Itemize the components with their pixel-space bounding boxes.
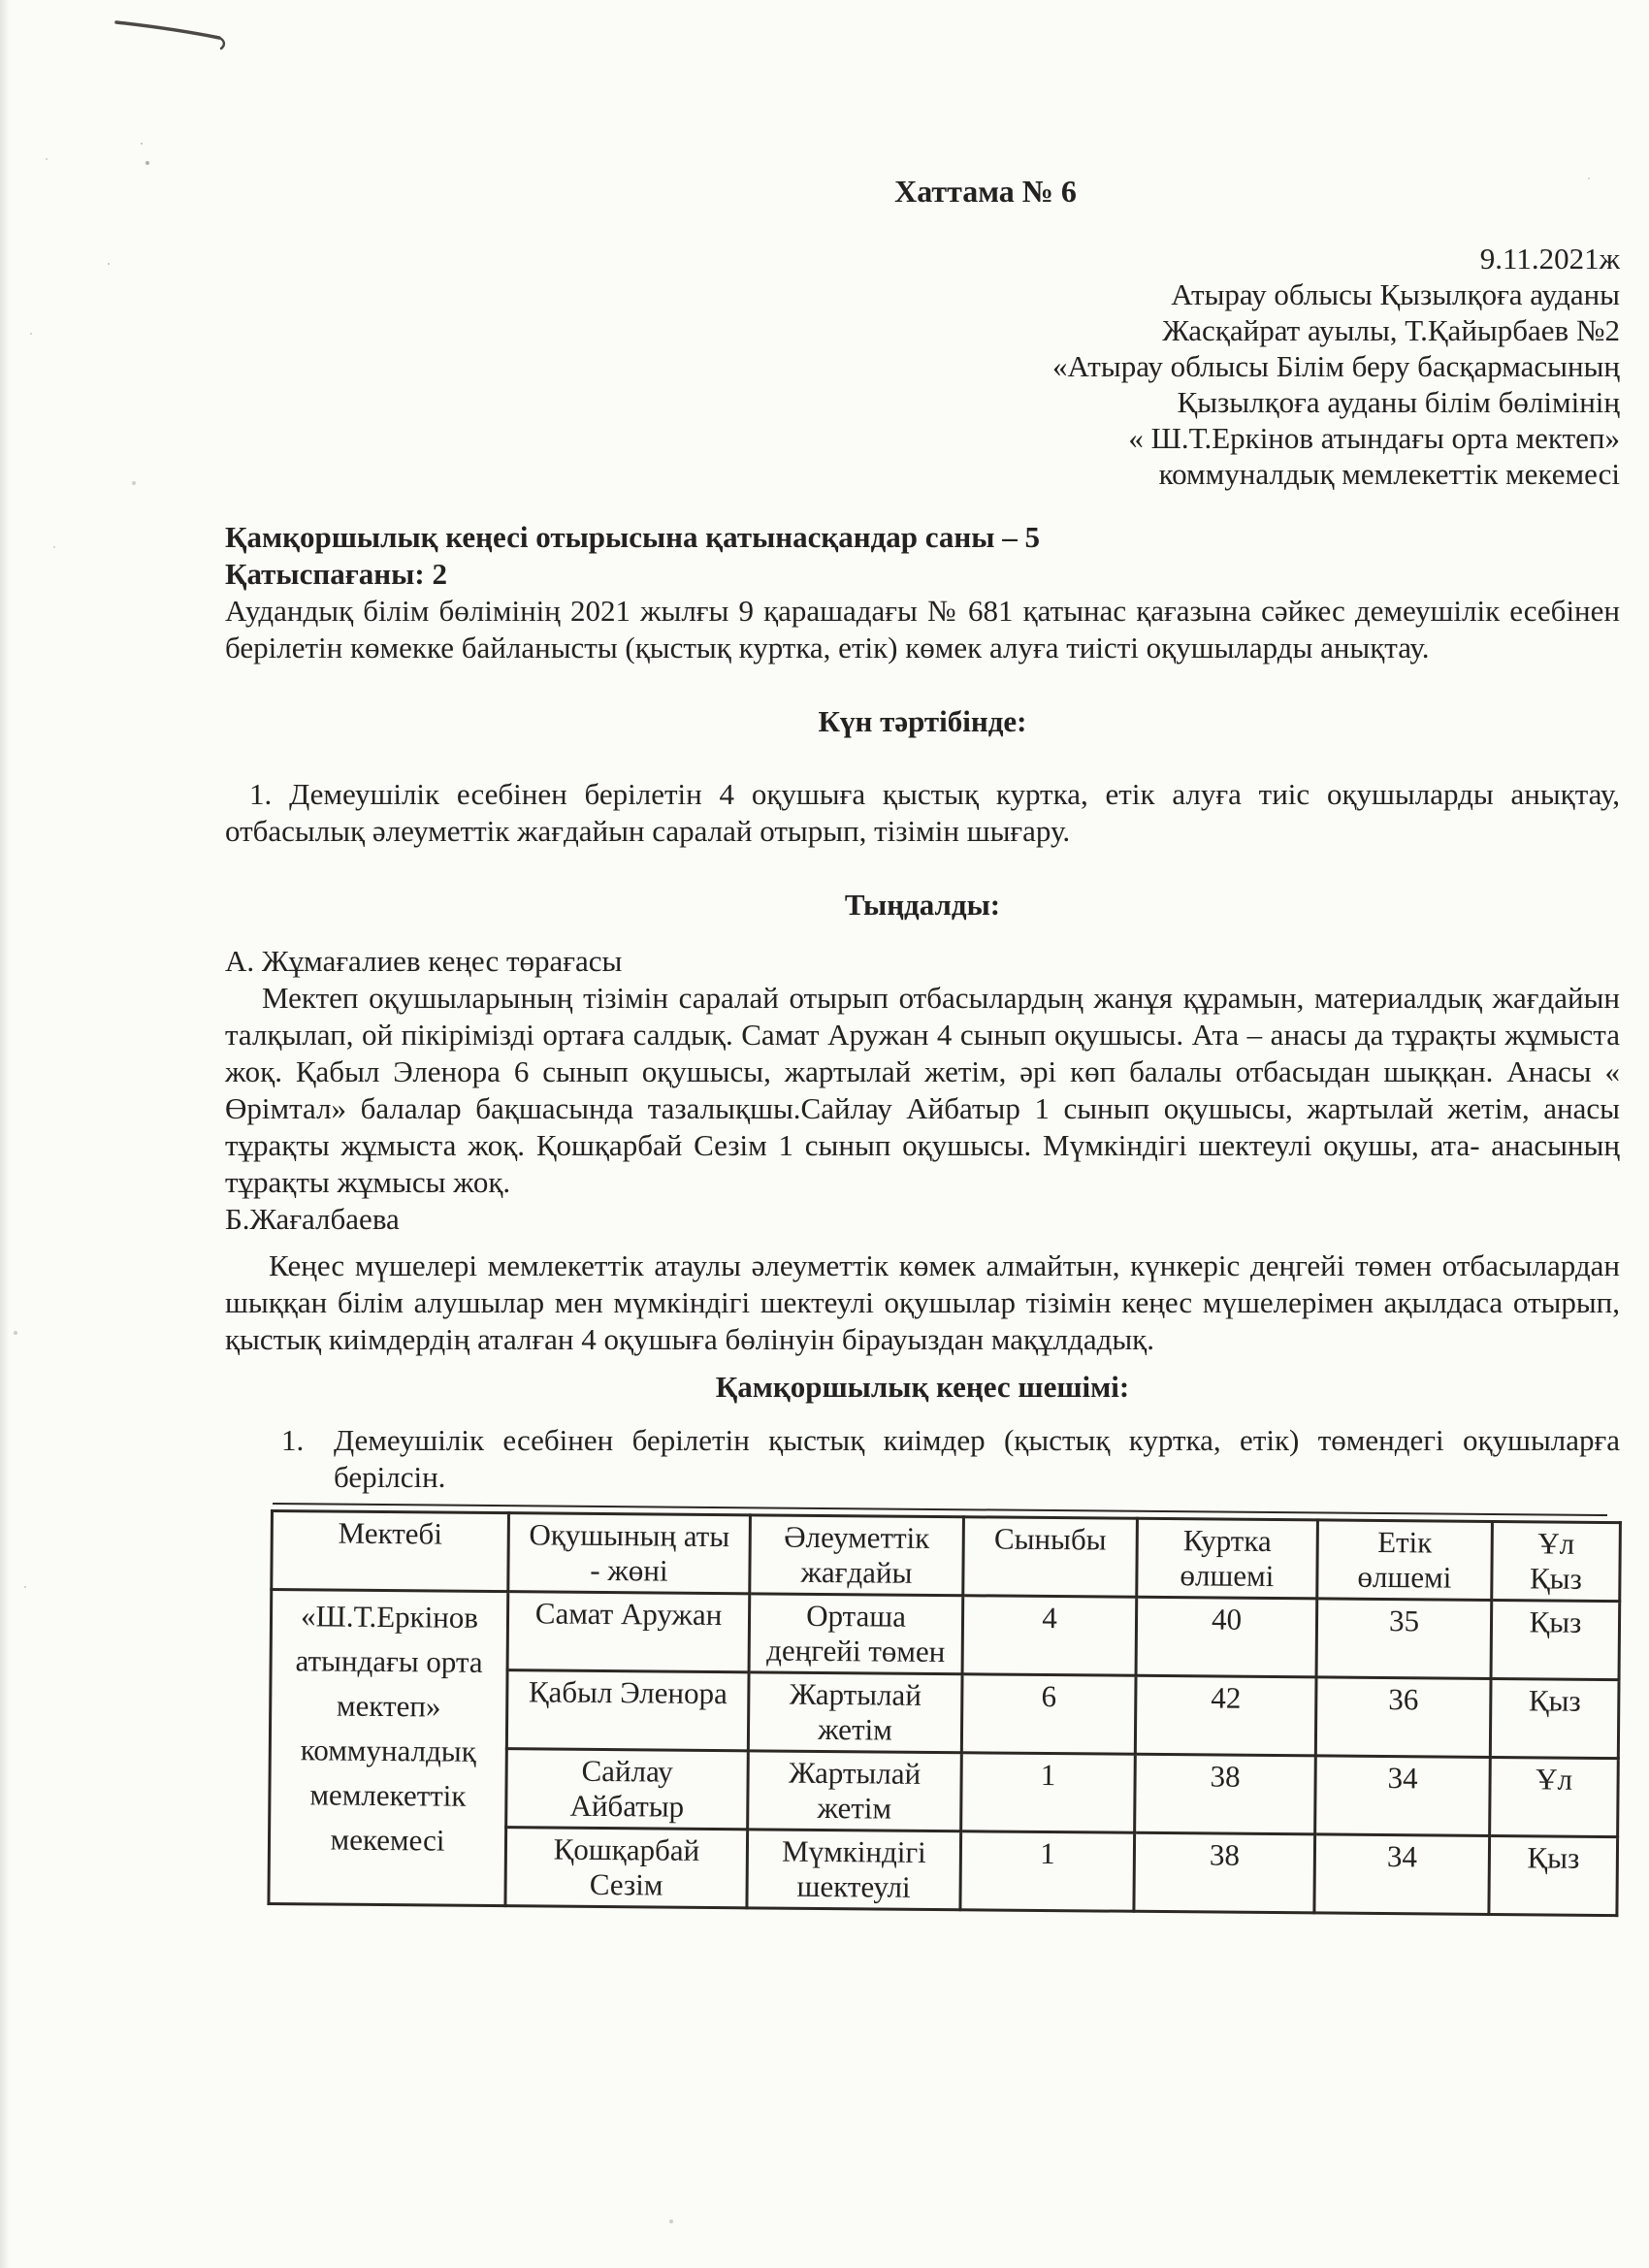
grade-cell: 1 <box>961 1753 1136 1833</box>
students-table: Мектебі Оқушының аты - жөні Әлеуметтік ж… <box>267 1509 1622 1917</box>
grade-cell: 4 <box>962 1596 1137 1676</box>
boot-size-cell: 34 <box>1314 1834 1490 1915</box>
intro-paragraph: Аудандық білім бөлімінің 2021 жылғы 9 қа… <box>225 593 1620 666</box>
header-address-block: 9.11.2021ж Атырау облысы Қызылқоға аудан… <box>225 241 1620 492</box>
student-name-cell: Қабыл Эленора <box>506 1670 749 1751</box>
gender-cell: Қыз <box>1491 1600 1620 1679</box>
jacket-size-cell: 38 <box>1135 1754 1316 1834</box>
document-body: Хаттама № 6 9.11.2021ж Атырау облысы Қыз… <box>225 173 1620 1905</box>
decision-text: Демеушілік есебінен берілетін қыстық киі… <box>334 1423 1620 1494</box>
date-line: 9.11.2021ж <box>225 241 1620 276</box>
status-cell: Мүмкіндігі шектеулі <box>747 1830 961 1910</box>
status-cell: Жартылай жетім <box>748 1672 962 1753</box>
school-cell: «Ш.Т.Еркінов атындағы орта мектеп» комму… <box>269 1590 508 1906</box>
header-boot-size: Етік өлшемі <box>1317 1520 1493 1601</box>
status-cell: Орташа деңгейі төмен <box>749 1594 963 1674</box>
region-line: Атырау облысы Қызылқоға ауданы <box>225 276 1620 312</box>
heard-heading: Тыңдалды: <box>225 887 1620 923</box>
jacket-size-cell: 40 <box>1136 1597 1317 1677</box>
attendance-block: Қамқоршылық кеңесі отырысына қатынасқанд… <box>225 519 1620 593</box>
student-name-cell: Сайлау Айбатыр <box>506 1749 749 1830</box>
header-grade: Сыныбы <box>963 1517 1138 1598</box>
speaker1-name: А. Жұмағалиев кеңес төрағасы <box>225 943 1620 980</box>
grade-cell: 6 <box>961 1674 1136 1755</box>
boot-size-cell: 34 <box>1315 1756 1491 1836</box>
student-name-cell: Самат Аружан <box>507 1592 750 1672</box>
document-title: Хаттама № 6 <box>225 173 1620 211</box>
boot-size-cell: 36 <box>1315 1677 1491 1758</box>
agenda-heading: Күн тәртібінде: <box>225 703 1620 740</box>
decision-heading: Қамқоршылық кеңес шешімі: <box>225 1369 1620 1406</box>
students-table-wrapper: Мектебі Оқушының аты - жөні Әлеуметтік ж… <box>267 1509 1619 1917</box>
gender-cell: Қыз <box>1489 1835 1618 1915</box>
header-student-name: Оқушының аты - жөні <box>508 1513 751 1594</box>
agenda-item: 1. Демеушілік есебінен берілетін 4 оқушы… <box>225 776 1620 850</box>
village-line: Жасқайрат ауылы, Т.Қайырбаев №2 <box>225 312 1620 348</box>
scan-edge-shadow <box>0 0 10 2268</box>
header-social-status: Әлеуметтік жағдайы <box>750 1515 964 1596</box>
gender-cell: Ұл <box>1490 1757 1619 1836</box>
decision-number: 1. <box>281 1422 304 1459</box>
status-cell: Жартылай жетім <box>748 1751 962 1831</box>
header-jacket-size: Куртка өлшемі <box>1137 1518 1318 1599</box>
gender-cell: Қыз <box>1490 1678 1619 1758</box>
grade-cell: 1 <box>960 1831 1135 1912</box>
jacket-size-cell: 38 <box>1134 1832 1315 1913</box>
table-row: «Ш.Т.Еркінов атындағы орта мектеп» комму… <box>271 1590 1620 1680</box>
staple-mark <box>113 12 239 56</box>
department-line: «Атырау облысы Білім беру басқармасының <box>225 348 1620 384</box>
school-name-line: « Ш.Т.Еркінов атындағы орта мектеп» <box>225 420 1620 456</box>
speaker2-name: Б.Жағалбаева <box>225 1201 1620 1238</box>
jacket-size-cell: 42 <box>1135 1675 1316 1756</box>
speaker2-text: Кеңес мүшелері мемлекеттік атаулы әлеуме… <box>225 1247 1620 1358</box>
attendance-present: Қамқоршылық кеңесі отырысына қатынасқанд… <box>225 519 1620 556</box>
table-header-row: Мектебі Оқушының аты - жөні Әлеуметтік ж… <box>272 1511 1621 1602</box>
speaker1-text: Мектеп оқушыларының тізімін саралай отыр… <box>225 980 1620 1201</box>
scanned-protocol-page: Хаттама № 6 9.11.2021ж Атырау облысы Қыз… <box>0 0 1649 2268</box>
boot-size-cell: 35 <box>1316 1599 1492 1679</box>
header-school: Мектебі <box>272 1511 509 1592</box>
attendance-absent: Қатыспағаны: 2 <box>225 556 1620 593</box>
scan-specks <box>145 161 149 165</box>
header-gender: Ұл Қыз <box>1492 1521 1621 1601</box>
district-line: Қызылқоға ауданы білім бөлімінің <box>225 384 1620 420</box>
institution-line: коммуналдық мемлекеттік мекемесі <box>225 456 1620 492</box>
student-name-cell: Қошқарбай Сезім <box>505 1828 748 1908</box>
decision-item: 1. Демеушілік есебінен берілетін қыстық … <box>225 1422 1620 1496</box>
